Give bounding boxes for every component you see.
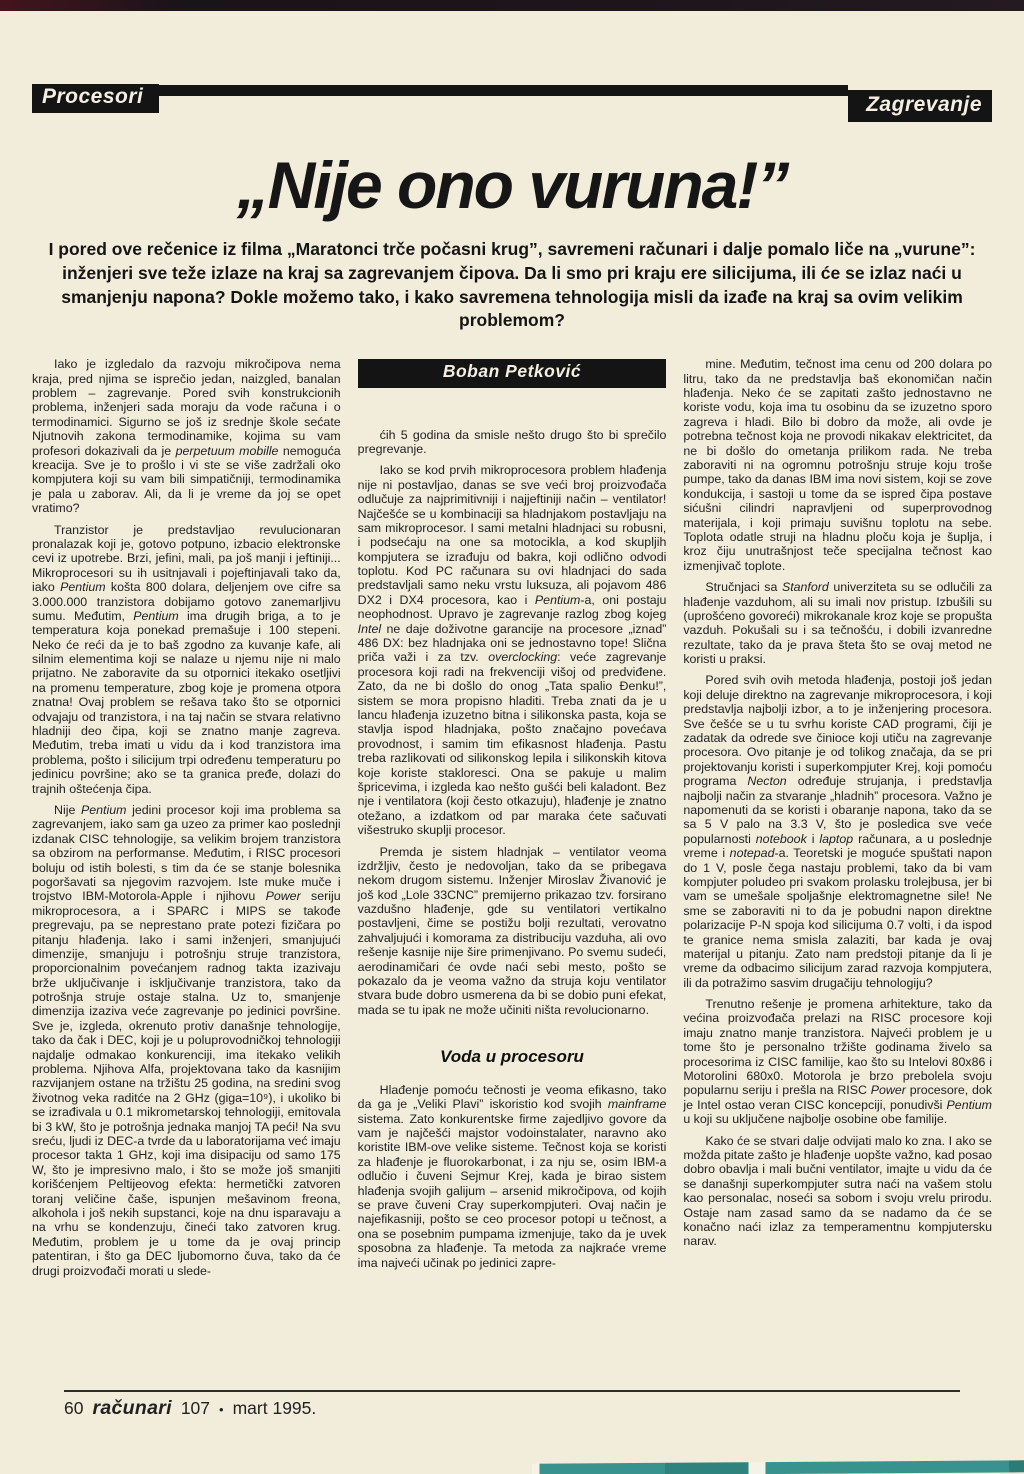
paragraph: Iako je izgledalo da razvoju mikročipova… bbox=[32, 357, 341, 515]
section-label-left: Procesori bbox=[32, 84, 159, 113]
paragraph: mine. Međutim, tečnost ima cenu od 200 d… bbox=[683, 357, 992, 573]
paragraph: Pored svih ovih metoda hlađenja, postoji… bbox=[683, 673, 992, 990]
masthead-rule bbox=[159, 85, 848, 96]
section-label-right: Zagrevanje bbox=[848, 90, 992, 122]
paragraph: ćih 5 godina da smisle nešto drugo što b… bbox=[358, 428, 667, 457]
scan-edge-bottom bbox=[532, 1460, 1024, 1474]
article-title: „Nije ono vuruna!” bbox=[32, 152, 992, 218]
section-subhead: Voda u procesoru bbox=[358, 1047, 667, 1067]
paragraph: Trenutno rešenje je promena arhitekture,… bbox=[683, 997, 992, 1127]
footer-page-number: 60 bbox=[64, 1398, 83, 1419]
column-1: Iako je izgledalo da razvoju mikročipova… bbox=[32, 357, 341, 1409]
paragraph: Kako će se stvari dalje odvijati malo ko… bbox=[683, 1134, 992, 1249]
footer-issue-number: 107 bbox=[181, 1398, 210, 1419]
paragraph: Iako se kod prvih mikroprocesora problem… bbox=[358, 463, 667, 837]
paragraph: Hlađenje pomoću tečnosti je veoma efikas… bbox=[358, 1083, 667, 1270]
magazine-page-scan: Procesori Zagrevanje „Nije ono vuruna!” … bbox=[0, 0, 1024, 1474]
footer-bullet: • bbox=[219, 1402, 224, 1417]
article-lead: I pored ove rečenice iz filma „Maratonci… bbox=[34, 238, 990, 333]
column-3: mine. Međutim, tečnost ima cenu od 200 d… bbox=[683, 357, 992, 1409]
page-footer: 60 računari 107 • mart 1995. bbox=[64, 1390, 960, 1420]
column-2-lower: Hlađenje pomoću tečnosti je veoma efikas… bbox=[358, 1083, 667, 1270]
page-content: Procesori Zagrevanje „Nije ono vuruna!” … bbox=[32, 0, 992, 1409]
paragraph: Premda je sistem hladnjak – ventilator v… bbox=[358, 845, 667, 1018]
article-columns: Iako je izgledalo da razvoju mikročipova… bbox=[32, 357, 992, 1409]
paragraph: Nije Pentium jedini procesor koji ima pr… bbox=[32, 803, 341, 1278]
footer-magazine-name: računari bbox=[92, 1397, 171, 1420]
footer-date: mart 1995. bbox=[233, 1398, 317, 1419]
author-byline: Boban Petković bbox=[358, 359, 667, 387]
column-2-upper: ćih 5 godina da smisle nešto drugo što b… bbox=[358, 428, 667, 1018]
column-2: Boban Petković ćih 5 godina da smisle ne… bbox=[358, 357, 667, 1409]
paragraph: Stručnjaci sa Stanford univerziteta su s… bbox=[683, 580, 992, 666]
masthead: Procesori Zagrevanje bbox=[32, 84, 992, 122]
paragraph: Tranzistor je predstavljao revulucionara… bbox=[32, 523, 341, 796]
